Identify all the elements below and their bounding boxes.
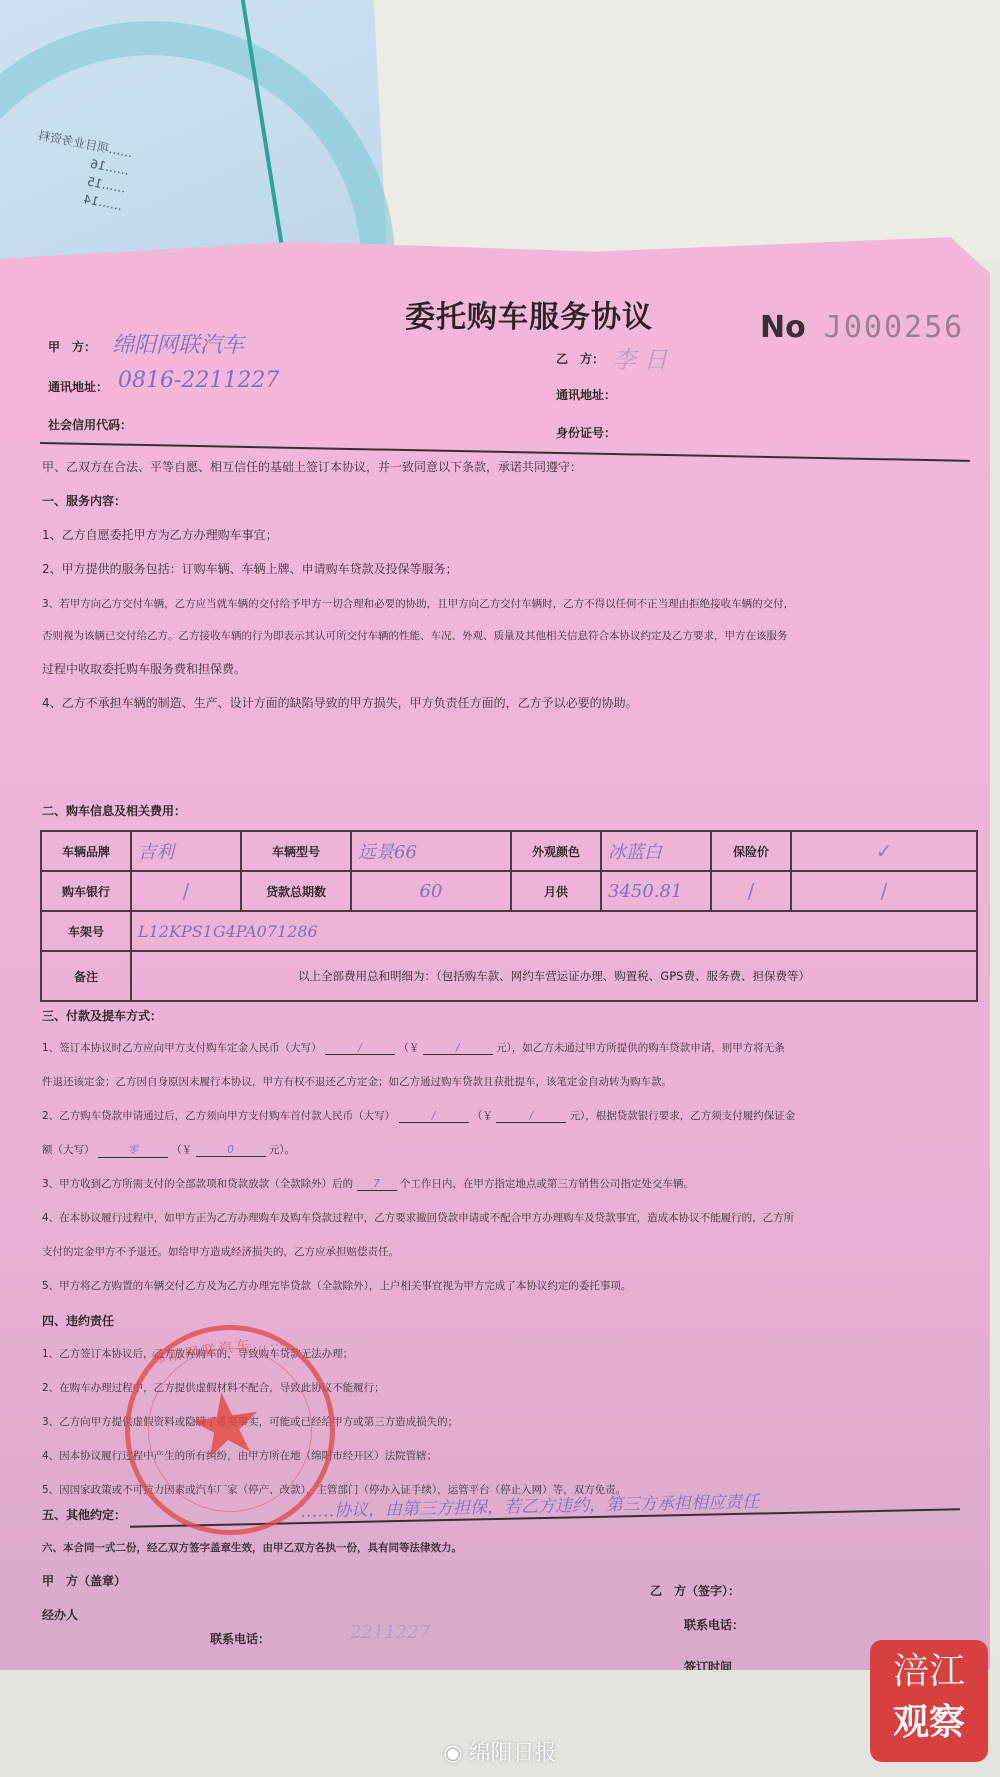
weibo-icon: ◉: [443, 1741, 462, 1766]
loan-bank-value: /: [131, 871, 241, 911]
agent-label: 经办人: [42, 1606, 78, 1623]
section3-item: 5、甲方将乙方购置的车辆交付乙方及为乙方办理完毕贷款（全款除外），上户相关事宜视…: [42, 1278, 631, 1293]
background-wall: [370, 0, 1000, 260]
party-b-value: 李 日: [612, 340, 668, 375]
model-value: 远景66: [351, 831, 511, 871]
table-row: 车辆品牌 吉利 车辆型号 远景66 外观颜色 冰蓝白 保险价 ✓: [41, 831, 977, 871]
document-title: 委托购车服务协议: [405, 292, 653, 336]
brand-value: 吉利: [131, 831, 241, 871]
weibo-source: 绵阳日报: [469, 1741, 557, 1766]
deposit-amount: /: [423, 1042, 493, 1055]
working-days: 7: [357, 1178, 397, 1191]
section3-item: 支付的定金甲方不予退还。如给甲方造成经济损失的，乙方应承担赔偿责任。: [42, 1244, 399, 1259]
logo-line2: 观察: [870, 1698, 988, 1748]
extra1-value: ✓: [791, 831, 977, 871]
note-value: 以上全部费用总和明细为：（包括购车款、网约车营运证办理、购置税、GPS费、服务费…: [131, 951, 977, 1001]
loan-term-label: 贷款总期数: [241, 871, 351, 911]
logo-line1: 涪江: [870, 1640, 988, 1698]
section3-item: 件退还该定金；乙方因自身原因未履行本协议，甲方有权不退还乙方定金；如乙方通过购车…: [42, 1074, 672, 1089]
loan-term-value: 60: [351, 871, 511, 911]
section1-item: 2、甲方提供的服务包括：订购车辆、车辆上牌、申请购车贷款及投保等服务；: [42, 560, 458, 577]
party-a-contact-label: 通讯地址：: [48, 378, 108, 395]
color-label: 外观颜色: [511, 831, 601, 871]
section3-item: 1、签订本协议时乙方应向甲方支付购车定金人民币（大写） / （￥ / 元），如乙…: [42, 1040, 785, 1055]
serial-prefix: No: [760, 310, 806, 345]
vehicle-info-table: 车辆品牌 吉利 车辆型号 远景66 外观颜色 冰蓝白 保险价 ✓ 购车银行 / …: [40, 830, 978, 1002]
vin-label: 车架号: [41, 911, 131, 951]
phone-value: 2211227: [350, 1622, 430, 1643]
section4-heading: 四、违约责任: [42, 1312, 114, 1329]
preamble: 甲、乙双方在合法、平等自愿、相互信任的基础上签订本协议，并一致同意以下条款，承诺…: [42, 458, 582, 475]
section1-item: 3、若甲方向乙方交付车辆，乙方应当就车辆的交付给予甲方一切合理和必要的协助，且甲…: [42, 596, 794, 611]
note-label: 备注: [41, 951, 131, 1001]
phone-label: 联系电话：: [210, 1630, 270, 1647]
party-b-contact-label: 通讯地址：: [556, 386, 616, 403]
section3-item: 额（大写） 零 （￥ 0 元）。: [42, 1142, 295, 1158]
weibo-watermark: ◉绵阳日报: [0, 1736, 1000, 1767]
section5-label: 五、其他约定：: [42, 1506, 126, 1523]
section1-item: 1、乙方自愿委托甲方为乙方办理购车事宜；: [42, 526, 278, 543]
section3-heading: 三、付款及提车方式：: [42, 1007, 162, 1024]
section3-item: 4、在本协议履行过程中，如甲方正为乙方办理购车及购车贷款过程中，乙方要求撤回贷款…: [42, 1210, 794, 1225]
color-value: 冰蓝白: [601, 831, 711, 871]
party-b-id-label: 身份证号：: [556, 424, 616, 441]
serial-number: No J000256: [760, 310, 964, 345]
contract-document: 委托购车服务协议 No J000256 甲 方： 绵阳网联汽车 通讯地址： 08…: [0, 230, 990, 1670]
table-row: 备注 以上全部费用总和明细为：（包括购车款、网约车营运证办理、购置税、GPS费、…: [41, 951, 977, 1001]
vin-value: L12KPS1G4PA071286: [131, 911, 977, 951]
monthly-label: 月供: [511, 871, 601, 911]
fujiang-observation-logo: 涪江 观察: [870, 1640, 988, 1762]
model-label: 车辆型号: [241, 831, 351, 871]
section1-item: 过程中收取委托购车服务费和担保费。: [42, 660, 246, 677]
extra3-value: /: [791, 871, 977, 911]
party-b-label: 乙 方：: [556, 350, 604, 367]
section1-heading: 一、服务内容：: [42, 492, 126, 509]
party-a-contact-value: 0816-2211227: [118, 368, 279, 393]
extra1-label: 保险价: [711, 831, 791, 871]
section3-item: 2、乙方购车贷款申请通过后，乙方须向甲方支付购车首付款人民币（大写） / （￥ …: [42, 1108, 795, 1123]
party-a-seal-label: 甲 方（盖章）: [42, 1572, 126, 1589]
section1-item: 4、乙方不承担车辆的制造、生产、设计方面的缺陷导致的甲方损失，甲方负责任方面的，…: [42, 694, 638, 711]
star-icon: ★: [182, 1378, 270, 1474]
monthly-value: 3450.81: [601, 871, 711, 911]
loan-bank-label: 购车银行: [41, 871, 131, 911]
down-payment-amount: /: [496, 1110, 566, 1123]
down-payment-words: /: [399, 1110, 469, 1123]
guarantee-amount: 0: [196, 1144, 266, 1157]
deposit-amount-words: /: [325, 1042, 395, 1055]
party-a-credit-code-label: 社会信用代码：: [48, 416, 132, 433]
guarantee-words: 零: [98, 1142, 168, 1158]
extra2-value: /: [711, 871, 791, 911]
serial-value: J000256: [824, 310, 964, 345]
party-a-value: 绵阳网联汽车: [112, 328, 244, 359]
brand-label: 车辆品牌: [41, 831, 131, 871]
table-row: 车架号 L12KPS1G4PA071286: [41, 911, 977, 951]
section6-text: 六、本合同一式二份，经乙双方签字盖章生效，由甲乙双方各执一份，具有同等法律效力。: [42, 1540, 462, 1555]
section3-item: 3、甲方收到乙方所需支付的全部款项和贷款放款（全款除外）后的 7 个工作日内，在…: [42, 1176, 694, 1191]
party-a-label: 甲 方：: [48, 338, 96, 355]
party-b-phone-label: 联系电话：: [684, 1616, 744, 1633]
party-b-sign-label: 乙 方（签字）：: [650, 1582, 740, 1599]
background-paper: ……项目业务资料 ……16 ……15 ……14: [0, 0, 387, 281]
table-row: 购车银行 / 贷款总期数 60 月供 3450.81 / /: [41, 871, 977, 911]
section1-item: 否则视为该辆已交付给乙方。乙方接收车辆的行为即表示其认可所交付车辆的性能、车况、…: [42, 628, 788, 643]
section2-heading: 二、购车信息及相关费用：: [42, 802, 186, 819]
